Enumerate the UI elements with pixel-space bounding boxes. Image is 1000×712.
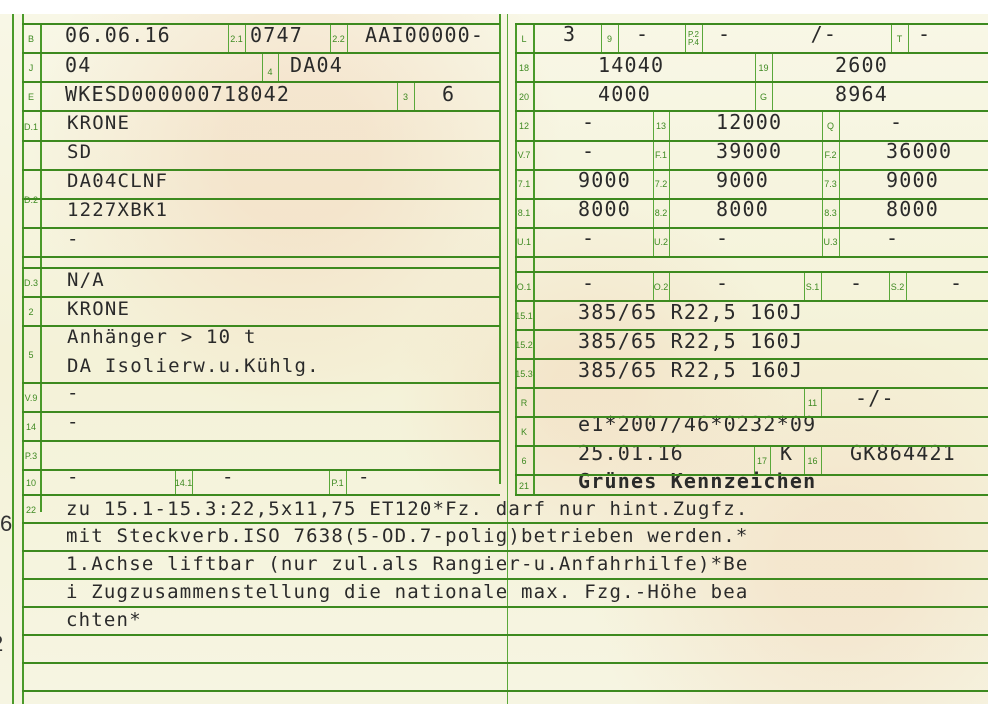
field-S2-standing: - bbox=[950, 272, 963, 294]
field-L-axles: 3 bbox=[563, 23, 576, 45]
field-label-15-2: 15.2 bbox=[515, 331, 533, 359]
row-divider bbox=[515, 271, 988, 273]
row-divider bbox=[515, 169, 988, 171]
registration-document: B 06.06.16 2.1 0747 2.2 AAI00000- J 04 4… bbox=[0, 14, 988, 704]
field-T-max-speed: - bbox=[918, 23, 931, 45]
field-8-3-axle-load-permitted-3: 8000 bbox=[886, 198, 939, 220]
field-U1-noise-stationary: - bbox=[582, 227, 595, 249]
field-D2-line-4: - bbox=[67, 228, 80, 250]
row-divider bbox=[22, 411, 500, 413]
field-11-body-code: -/- bbox=[855, 387, 895, 409]
field-label-V9: V.9 bbox=[22, 384, 40, 412]
field-label-S1: S.1 bbox=[804, 273, 821, 301]
row-divider bbox=[22, 382, 500, 384]
field-15-3-tyres-axle-3: 385/65 R22,5 160J bbox=[578, 359, 803, 381]
field-5-body-description: DA Isolierw.u.Kühlg. bbox=[67, 355, 320, 377]
field-S1-seats: - bbox=[850, 272, 863, 294]
field-D2-type-line-1: SD bbox=[67, 141, 92, 163]
field-label-U1: U.1 bbox=[515, 228, 533, 256]
field-2-manufacturer: KRONE bbox=[67, 298, 130, 320]
field-label-K: K bbox=[515, 418, 533, 446]
field-label-D1: D.1 bbox=[22, 112, 40, 142]
field-label-8-2: 8.2 bbox=[653, 199, 669, 227]
field-label-8-3: 8.3 bbox=[822, 199, 839, 227]
field-2-2-type-code: AAI00000- bbox=[365, 24, 484, 46]
field-label-12: 12 bbox=[515, 112, 533, 140]
field-label-15-3: 15.3 bbox=[515, 360, 533, 388]
remarks-line-5: chten* bbox=[66, 609, 142, 631]
field-label-2-2: 2.2 bbox=[330, 25, 347, 53]
field-label-R: R bbox=[515, 389, 533, 417]
label-column-line bbox=[40, 24, 42, 494]
field-O1-braked-towing: - bbox=[582, 272, 595, 294]
field-13-support-load: 12000 bbox=[716, 111, 782, 133]
remarks-line-4: i Zugzusammenstellung die nationale max.… bbox=[66, 581, 749, 603]
field-label-E: E bbox=[22, 83, 40, 111]
field-label-5: 5 bbox=[22, 327, 40, 383]
field-label-V7: V.7 bbox=[515, 141, 533, 169]
field-5-vehicle-type: Anhänger > 10 t bbox=[67, 326, 257, 348]
field-3-check-digit: 6 bbox=[442, 83, 455, 105]
field-label-3: 3 bbox=[397, 83, 414, 111]
row-divider bbox=[22, 110, 500, 112]
row-divider bbox=[515, 256, 988, 258]
field-B-first-registration: 06.06.16 bbox=[65, 24, 171, 46]
remarks-line-1: zu 15.1-15.3:22,5x11,75 ET120*Fz. darf n… bbox=[66, 498, 749, 520]
row-divider bbox=[515, 110, 988, 112]
field-label-18: 18 bbox=[515, 54, 533, 82]
field-15-2-tyres-axle-2: 385/65 R22,5 160J bbox=[578, 330, 803, 352]
field-label-T: T bbox=[891, 25, 908, 53]
field-D3-trade-name: N/A bbox=[67, 269, 105, 291]
row-divider bbox=[22, 578, 988, 580]
row-divider bbox=[22, 440, 500, 442]
field-label-2: 2 bbox=[22, 298, 40, 326]
field-label-9: 9 bbox=[601, 25, 618, 53]
field-Q-power-weight-ratio: - bbox=[890, 111, 903, 133]
field-U2-engine-speed: - bbox=[716, 227, 729, 249]
field-label-P3: P.3 bbox=[22, 442, 40, 470]
field-O2-unbraked-towing: - bbox=[716, 272, 729, 294]
field-label-U3: U.3 bbox=[822, 228, 839, 256]
field-15-1-tyres-axle-1: 385/65 R22,5 160J bbox=[578, 301, 803, 323]
field-8-1-axle-load-permitted-1: 8000 bbox=[578, 198, 631, 220]
field-label-10: 10 bbox=[22, 471, 40, 495]
field-label-O2: O.2 bbox=[653, 273, 669, 301]
field-F2-max-mass-permitted: 36000 bbox=[886, 140, 952, 162]
row-divider bbox=[22, 52, 500, 54]
row-divider bbox=[22, 227, 500, 229]
margin-mark-6: 6 bbox=[0, 511, 12, 537]
row-divider bbox=[22, 606, 988, 608]
field-label-D3: D.3 bbox=[22, 269, 40, 297]
field-label-7-3: 7.3 bbox=[822, 170, 839, 198]
right-label-column-line bbox=[533, 24, 535, 494]
field-label-13: 13 bbox=[653, 112, 669, 140]
row-divider bbox=[22, 23, 500, 25]
field-J-vehicle-class: 04 bbox=[65, 54, 91, 76]
row-divider bbox=[515, 387, 988, 389]
field-D1-make: KRONE bbox=[67, 112, 130, 134]
row-divider bbox=[22, 469, 500, 471]
row-divider bbox=[515, 358, 988, 360]
field-label-4: 4 bbox=[262, 62, 278, 82]
field-V9-emission-class: - bbox=[67, 382, 80, 404]
field-label-U2: U.2 bbox=[653, 228, 669, 256]
row-divider bbox=[22, 198, 500, 200]
field-E-vin: WKESD000000718042 bbox=[65, 83, 290, 105]
field-V7-co2: - bbox=[582, 140, 595, 162]
remarks-line-2: mit Steckverb.ISO 7638(5-OD.7-polig)betr… bbox=[66, 525, 749, 547]
row-divider bbox=[515, 416, 988, 418]
field-9-drive-axles: - bbox=[636, 23, 649, 45]
field-label-O1: O.1 bbox=[515, 273, 533, 301]
row-divider bbox=[515, 23, 988, 25]
row-divider bbox=[515, 445, 988, 447]
field-label-D2: D.2 bbox=[22, 142, 40, 258]
remarks-label-line bbox=[40, 484, 42, 512]
field-U3-noise-driving: - bbox=[886, 227, 899, 249]
row-divider bbox=[22, 494, 500, 496]
row-divider bbox=[22, 634, 988, 636]
row-divider bbox=[22, 81, 500, 83]
row-divider bbox=[515, 227, 988, 229]
field-label-G: G bbox=[755, 83, 772, 111]
field-label-14-1: 14.1 bbox=[175, 471, 192, 495]
field-7-2-axle-load-2: 9000 bbox=[716, 169, 769, 191]
row-divider bbox=[22, 296, 500, 298]
row-divider bbox=[22, 325, 500, 327]
field-G-mass-in-running-order: 8964 bbox=[835, 83, 888, 105]
field-label-B: B bbox=[22, 25, 40, 53]
field-label-19: 19 bbox=[755, 54, 772, 82]
field-12-tank-volume: - bbox=[582, 111, 595, 133]
field-2-1-manufacturer-code: 0747 bbox=[250, 24, 303, 46]
field-7-1-axle-load-1: 9000 bbox=[578, 169, 631, 191]
row-divider bbox=[22, 267, 500, 269]
field-label-P1: P.1 bbox=[329, 471, 346, 495]
row-divider bbox=[515, 198, 988, 200]
row-divider bbox=[515, 329, 988, 331]
row-divider bbox=[22, 140, 500, 142]
row-divider bbox=[515, 52, 988, 54]
row-divider bbox=[515, 494, 988, 496]
field-19-width: 2600 bbox=[835, 54, 888, 76]
field-D2-version: 1227XBK1 bbox=[67, 199, 168, 221]
field-label-P2-P4: P.2 P.4 bbox=[685, 25, 702, 53]
field-4-body-type: DA04 bbox=[290, 54, 343, 76]
row-divider bbox=[22, 256, 500, 258]
field-label-8-1: 8.1 bbox=[515, 199, 533, 227]
field-label-F1: F.1 bbox=[653, 141, 669, 169]
row-divider bbox=[515, 140, 988, 142]
row-divider bbox=[515, 300, 988, 302]
field-8-2-axle-load-permitted-2: 8000 bbox=[716, 198, 769, 220]
field-label-20: 20 bbox=[515, 83, 533, 111]
field-label-L: L bbox=[515, 25, 533, 53]
row-divider bbox=[515, 81, 988, 83]
field-18-length: 14040 bbox=[598, 54, 664, 76]
row-divider bbox=[22, 169, 500, 171]
row-divider bbox=[515, 474, 988, 476]
field-label-Q: Q bbox=[822, 112, 839, 140]
remarks-line-3: 1.Achse liftbar (nur zul.als Rangier-u.A… bbox=[66, 553, 749, 575]
field-14-emission-code: - bbox=[67, 411, 80, 433]
field-label-22: 22 bbox=[22, 498, 40, 522]
field-7-3-axle-load-3: 9000 bbox=[886, 169, 939, 191]
row-divider bbox=[22, 550, 988, 552]
field-label-F2: F.2 bbox=[822, 141, 839, 169]
field-label-6: 6 bbox=[515, 447, 533, 475]
field-label-21: 21 bbox=[515, 476, 533, 496]
field-label-2-1: 2.1 bbox=[228, 25, 245, 53]
field-label-S2: S.2 bbox=[889, 273, 906, 301]
margin-mark-2: 2 bbox=[0, 631, 3, 657]
field-D2-variant: DA04CLNF bbox=[67, 170, 168, 192]
margin-line bbox=[12, 14, 14, 704]
field-label-7-2: 7.2 bbox=[653, 170, 669, 198]
field-label-15-1: 15.1 bbox=[515, 302, 533, 330]
row-divider bbox=[22, 522, 988, 524]
field-20-height: 4000 bbox=[598, 83, 651, 105]
field-F1-max-mass-technical: 39000 bbox=[716, 140, 782, 162]
field-label-14: 14 bbox=[22, 413, 40, 441]
row-divider bbox=[22, 690, 988, 692]
left-panel-right-border bbox=[499, 14, 501, 484]
field-label-J: J bbox=[22, 54, 40, 82]
field-P2-P4-power-rpm: - /- bbox=[718, 23, 837, 45]
row-divider bbox=[22, 662, 988, 664]
field-label-7-1: 7.1 bbox=[515, 170, 533, 198]
